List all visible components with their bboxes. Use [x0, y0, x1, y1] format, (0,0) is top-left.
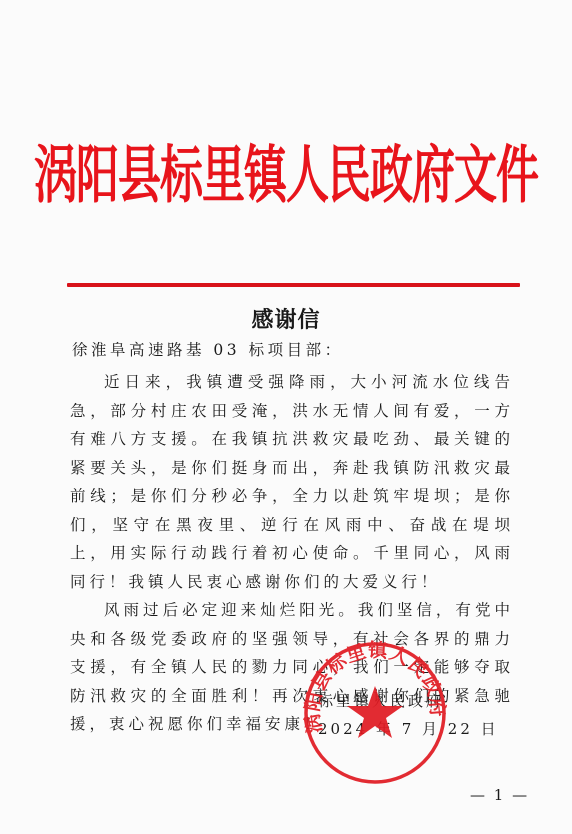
signing-date: 2024 年 7 月 22 日: [318, 718, 499, 739]
signature: 标里镇人民政府: [318, 690, 444, 711]
letter-body: 近日来，我镇遭受强降雨，大小河流水位线告急，部分村庄农田受淹，洪水无情人间有爱，…: [70, 368, 514, 739]
body-paragraph: 近日来，我镇遭受强降雨，大小河流水位线告急，部分村庄农田受淹，洪水无情人间有爱，…: [70, 368, 514, 596]
red-divider-rule: [67, 283, 520, 287]
salutation: 徐淮阜高速路基 03 标项目部：: [72, 338, 344, 360]
letter-title: 感谢信: [0, 303, 572, 334]
document-header: 涡阳县标里镇人民政府文件: [0, 118, 572, 234]
page-number: — 1 —: [470, 786, 529, 804]
